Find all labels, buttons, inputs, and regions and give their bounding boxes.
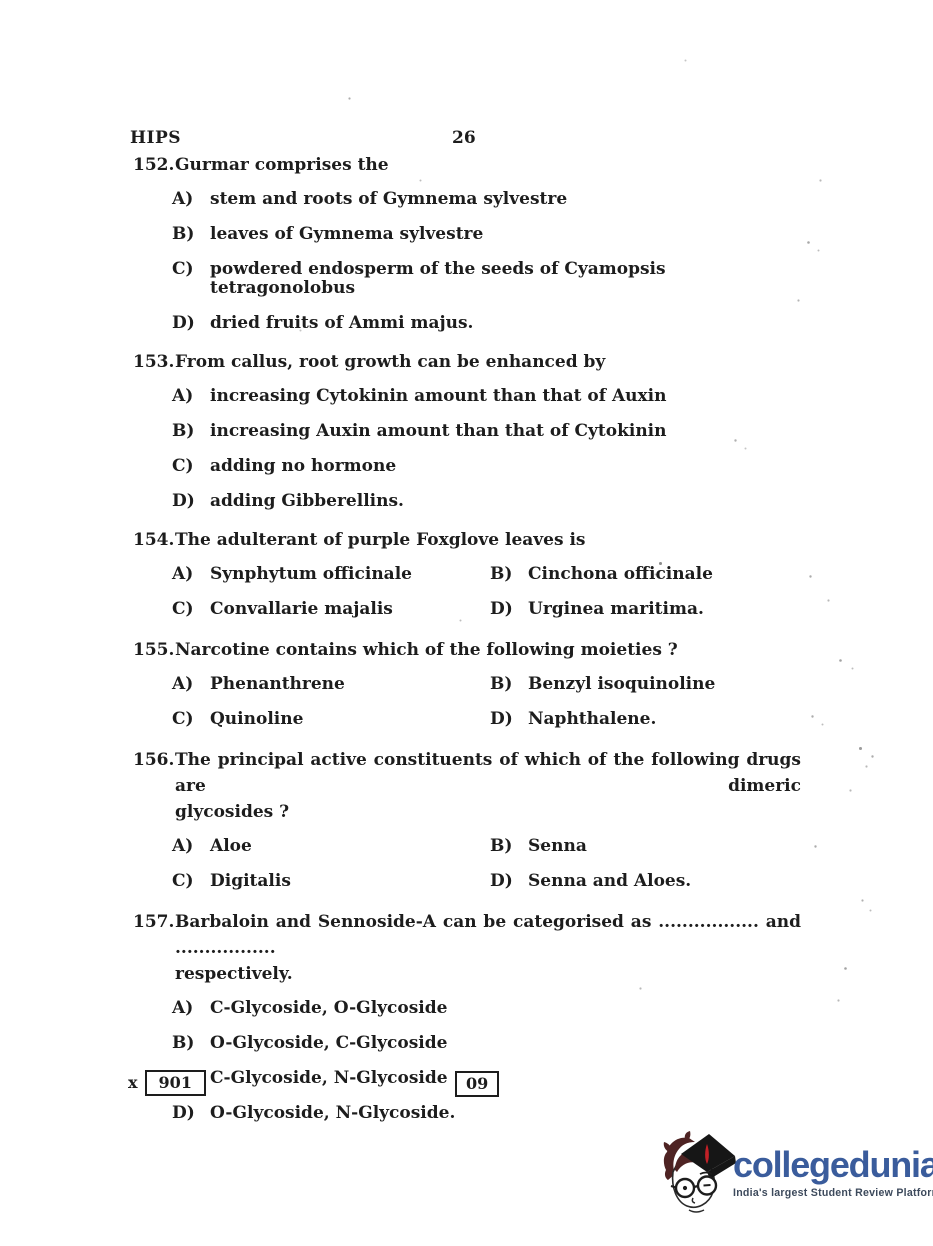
answer-option: C) Digitalis (172, 872, 490, 891)
answer-option: A) Phenanthrene (172, 675, 490, 694)
booklet-code-prefix: x (128, 1075, 138, 1091)
option-label: D) (172, 314, 210, 333)
question-text-line: respectively. (175, 961, 801, 987)
answer-option: D) adding Gibberellins. (172, 492, 801, 511)
option-label: B) (490, 675, 528, 694)
option-label: D) (490, 710, 528, 729)
option-text: Convallarie majalis (210, 600, 490, 619)
question-text: The adulterant of purple Foxglove leaves… (175, 527, 801, 553)
answer-option: B) Cinchona officinale (490, 565, 801, 584)
set-number-box: 09 (455, 1071, 499, 1097)
answer-option: B) increasing Auxin amount than that of … (172, 422, 801, 441)
option-label: A) (172, 999, 210, 1018)
answer-option: A) Aloe (172, 837, 490, 856)
answer-option: B) Senna (490, 837, 801, 856)
option-text: Synphytum officinale (210, 565, 490, 584)
answer-option: C) Convallarie majalis (172, 600, 490, 619)
question-number: 153. (133, 349, 175, 375)
answer-option: A) stem and roots of Gymnema sylvestre (172, 190, 801, 209)
answer-option: A) Synphytum officinale (172, 565, 490, 584)
option-group: A) increasing Cytokinin amount than that… (172, 387, 801, 511)
answer-option: C) adding no hormone (172, 457, 801, 476)
option-label: B) (490, 837, 528, 856)
question-head: 157. Barbaloin and Sennoside-A can be ca… (133, 909, 801, 987)
option-label: D) (490, 600, 528, 619)
question-text: Narcotine contains which of the followin… (175, 637, 801, 663)
option-group: A) Synphytum officinale B) Cinchona offi… (172, 565, 801, 635)
exam-code: HIPS (130, 128, 181, 148)
option-label: D) (490, 872, 528, 891)
option-label: C) (172, 710, 210, 729)
option-text: adding Gibberellins. (210, 492, 801, 511)
option-label: A) (172, 190, 210, 209)
option-text: Cinchona officinale (528, 565, 801, 584)
option-text: Senna and Aloes. (528, 872, 801, 891)
option-text: increasing Auxin amount than that of Cyt… (210, 422, 801, 441)
question-text: The principal active constituents of whi… (175, 747, 801, 825)
scan-noise (0, 0, 1, 1)
question-head: 154. The adulterant of purple Foxglove l… (133, 527, 801, 553)
option-text: Aloe (210, 837, 490, 856)
option-text: O-Glycoside, N-Glycoside. (210, 1104, 801, 1123)
question-text-line: The principal active constituents of whi… (175, 747, 801, 799)
option-label: D) (172, 1104, 210, 1123)
question-text-line: glycosides ? (175, 799, 801, 825)
option-text: increasing Cytokinin amount than that of… (210, 387, 801, 406)
question-number: 152. (133, 152, 175, 178)
question-head: 153. From callus, root growth can be enh… (133, 349, 801, 375)
question-text: From callus, root growth can be enhanced… (175, 349, 801, 375)
option-text: Urginea maritima. (528, 600, 801, 619)
option-text: leaves of Gymnema sylvestre (210, 225, 801, 244)
question: 156. The principal active constituents o… (133, 747, 801, 907)
collegedunia-mascot-icon (655, 1130, 737, 1220)
answer-option: D) Urginea maritima. (490, 600, 801, 619)
question-text-line: Barbaloin and Sennoside-A can be categor… (175, 909, 801, 961)
page-number: 26 (452, 128, 476, 148)
answer-option: D) dried fruits of Ammi majus. (172, 314, 801, 333)
option-label: A) (172, 565, 210, 584)
question-text-line: Gurmar comprises the (175, 152, 801, 178)
option-text: powdered endosperm of the seeds of Cyamo… (210, 260, 801, 298)
option-text: O-Glycoside, C-Glycoside (210, 1034, 801, 1053)
question-head: 152. Gurmar comprises the (133, 152, 801, 178)
option-label: A) (172, 387, 210, 406)
question-text-line: Narcotine contains which of the followin… (175, 637, 801, 663)
question-text: Barbaloin and Sennoside-A can be categor… (175, 909, 801, 987)
question: 155. Narcotine contains which of the fol… (133, 637, 801, 745)
question: 154. The adulterant of purple Foxglove l… (133, 527, 801, 635)
option-text: Benzyl isoquinoline (528, 675, 801, 694)
question: 152. Gurmar comprises the A) stem and ro… (133, 152, 801, 333)
question-text-line: From callus, root growth can be enhanced… (175, 349, 801, 375)
answer-option: B) Benzyl isoquinoline (490, 675, 801, 694)
option-text: Quinoline (210, 710, 490, 729)
option-label: C) (172, 457, 210, 476)
option-group: A) stem and roots of Gymnema sylvestre B… (172, 190, 801, 333)
booklet-code-box: 901 (145, 1070, 206, 1096)
option-label: A) (172, 675, 210, 694)
question-number: 156. (133, 747, 175, 825)
collegedunia-watermark: collegedunia .com India's largest Studen… (655, 1130, 933, 1220)
option-text: Digitalis (210, 872, 490, 891)
page-header: HIPS 26 (130, 128, 803, 150)
answer-option: C) Quinoline (172, 710, 490, 729)
scanned-exam-page: HIPS 26 152. Gurmar comprises the A) ste… (0, 0, 933, 1246)
option-text: C-Glycoside, O-Glycoside (210, 999, 801, 1018)
option-text: Naphthalene. (528, 710, 801, 729)
question-text: Gurmar comprises the (175, 152, 801, 178)
question: 153. From callus, root growth can be enh… (133, 349, 801, 511)
option-label: D) (172, 492, 210, 511)
option-text: Phenanthrene (210, 675, 490, 694)
page-footer: x 901 09 (128, 1070, 805, 1100)
option-label: C) (172, 260, 210, 298)
question-number: 154. (133, 527, 175, 553)
option-text: Senna (528, 837, 801, 856)
question-number: 157. (133, 909, 175, 987)
answer-option: B) O-Glycoside, C-Glycoside (172, 1034, 801, 1053)
option-group: A) Phenanthrene B) Benzyl isoquinoline C… (172, 675, 801, 745)
option-label: B) (172, 1034, 210, 1053)
answer-option: B) leaves of Gymnema sylvestre (172, 225, 801, 244)
question-list: 152. Gurmar comprises the A) stem and ro… (133, 152, 801, 1139)
option-text: adding no hormone (210, 457, 801, 476)
question-head: 156. The principal active constituents o… (133, 747, 801, 825)
answer-option: A) increasing Cytokinin amount than that… (172, 387, 801, 406)
answer-option: A) C-Glycoside, O-Glycoside (172, 999, 801, 1018)
option-group: A) C-Glycoside, O-Glycoside B) O-Glycosi… (172, 999, 801, 1123)
watermark-text: collegedunia .com India's largest Studen… (733, 1130, 933, 1199)
option-label: C) (172, 872, 210, 891)
option-label: B) (172, 422, 210, 441)
answer-option: D) O-Glycoside, N-Glycoside. (172, 1104, 801, 1123)
option-label: B) (490, 565, 528, 584)
option-label: B) (172, 225, 210, 244)
answer-option: C) powdered endosperm of the seeds of Cy… (172, 260, 801, 298)
brand-name: collegedunia (733, 1148, 933, 1182)
answer-option: D) Naphthalene. (490, 710, 801, 729)
option-text: stem and roots of Gymnema sylvestre (210, 190, 801, 209)
option-label: C) (172, 600, 210, 619)
brand-tagline: India's largest Student Review Platform (733, 1187, 933, 1199)
option-label: A) (172, 837, 210, 856)
answer-option: D) Senna and Aloes. (490, 872, 801, 891)
option-group: A) Aloe B) Senna C) Digitalis D) Senna a… (172, 837, 801, 907)
question-head: 155. Narcotine contains which of the fol… (133, 637, 801, 663)
question-number: 155. (133, 637, 175, 663)
option-text: dried fruits of Ammi majus. (210, 314, 801, 333)
question-text-line: The adulterant of purple Foxglove leaves… (175, 527, 801, 553)
